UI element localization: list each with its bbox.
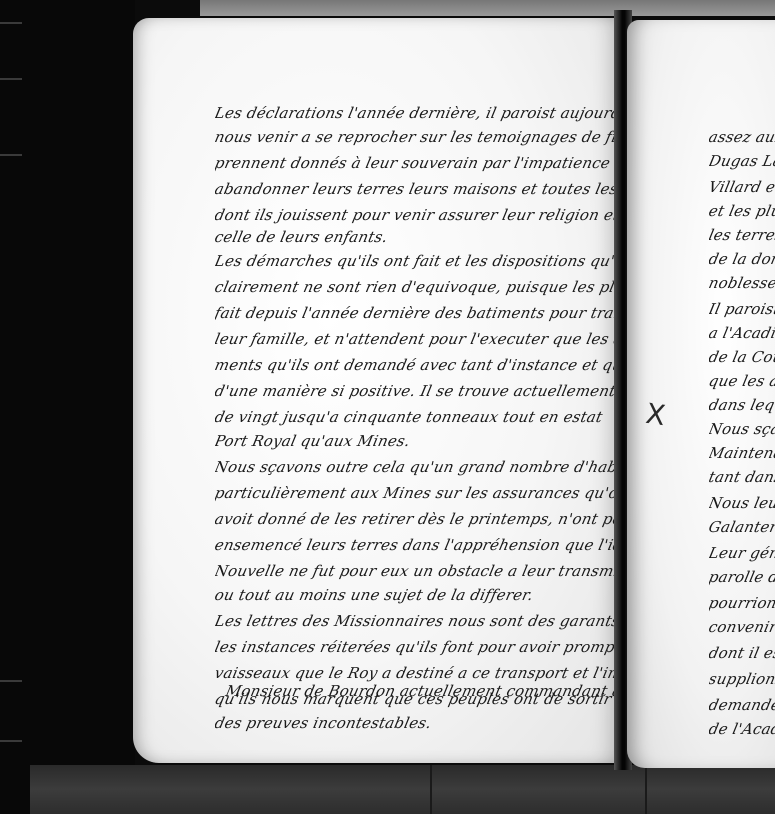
edge-tick [0,680,22,682]
text-line: de la Cour no [709,348,775,366]
table-surface [30,765,775,814]
text-line: Les déclarations l'année dernière, il pa… [215,104,621,122]
binding-shadow [0,0,135,814]
text-line: Il paroist a [709,300,775,318]
text-line: demander. Ce a [709,696,775,714]
right-page-text: assez aux Dugas Lamo Villard et p et les… [709,104,775,744]
text-line: Port Royal qu'aux Mines. [215,432,412,450]
text-line: pourrions esté [709,594,775,612]
edge-tick [0,22,22,24]
text-line: ensemencé leurs terres dans l'appréhensi… [215,536,621,554]
text-line: que les anglois [709,372,775,390]
text-line: de l'Acadie que [709,720,775,738]
right-page: assez aux Dugas Lamo Villard et p et les… [627,20,775,768]
text-line: Nouvelle ne fut pour eux un obstacle a l… [215,562,621,580]
text-line: ou tout au moins une sujet de la differe… [215,586,535,604]
text-line: Villard et p [709,178,775,196]
left-page: Les déclarations l'année dernière, il pa… [133,18,621,763]
table-seam [645,765,647,814]
text-line: d'une manière si positive. Il se trouve … [215,382,617,400]
text-line: parolle de l'Esta [709,568,775,586]
text-line: particulièrement aux Mines sur les assur… [215,484,621,502]
text-line: clairement ne sont rien d'equivoque, pui… [215,278,621,296]
text-line: Les lettres des Missionnaires nous sont … [215,612,621,630]
text-line: convenir par la [709,618,775,636]
text-line: de vingt jusqu'a cinquante tonneaux tout… [215,408,604,426]
text-line: de la dominati [709,250,775,268]
text-line: Nous sçavons [709,420,775,438]
edge-tick [0,78,22,80]
text-line: noblesse Rendr [709,274,775,292]
text-line: nous venir a se reprocher sur les temoig… [215,128,621,146]
text-line: des preuves incontestables. [215,714,433,732]
text-line: celle de leurs enfants. [215,228,389,246]
table-seam [430,765,432,814]
text-line: Nous leurs avons [709,494,775,512]
text-line: leur famille, et n'attendent pour l'exec… [215,330,621,348]
text-line: abandonner leurs terres leurs maisons et… [215,180,621,198]
edge-tick [0,740,22,742]
text-line: dont ils jouissent pour venir assurer le… [215,206,621,224]
text-line: dans lequel le [709,396,775,414]
text-line: Dugas Lamo [709,152,775,170]
text-line: Maintenant Co [709,444,775,462]
text-line: Leur généreux Le [709,544,775,562]
text-line: Galanterie et ex [709,518,775,536]
text-line: ments qu'ils ont demandé avec tant d'ins… [215,356,621,374]
text-line: supplions de l'ac [709,670,775,688]
text-line: tant dans les M [709,468,775,486]
text-line: avoit donné de les retirer dès le printe… [215,510,621,528]
edge-tick [0,154,22,156]
text-line: les instances réiterées qu'ils font pour… [215,638,621,656]
text-line: dont il est une [709,644,775,662]
text-line: les terres do [709,226,775,244]
text-line: Monsieur de Bourdon actuellement command… [224,682,671,700]
text-line: vaisseaux que le Roy a destiné a ce tran… [215,664,621,682]
text-line: Nous sçavons outre cela qu'un grand nomb… [215,458,621,476]
text-line: prennent donnés à leur souverain par l'i… [215,154,621,172]
text-line: assez aux [709,128,775,146]
text-line: et les plus ai [709,202,775,220]
underlying-page-edge [200,0,775,16]
document-photo: Les déclarations l'année dernière, il pa… [0,0,775,814]
text-line: Les démarches qu'ils ont fait et les dis… [215,252,621,270]
text-line: fait depuis l'année dernière des batimen… [215,304,621,322]
left-page-text: Les déclarations l'année dernière, il pa… [215,104,621,744]
text-line: a l'Acadie q [709,324,775,342]
